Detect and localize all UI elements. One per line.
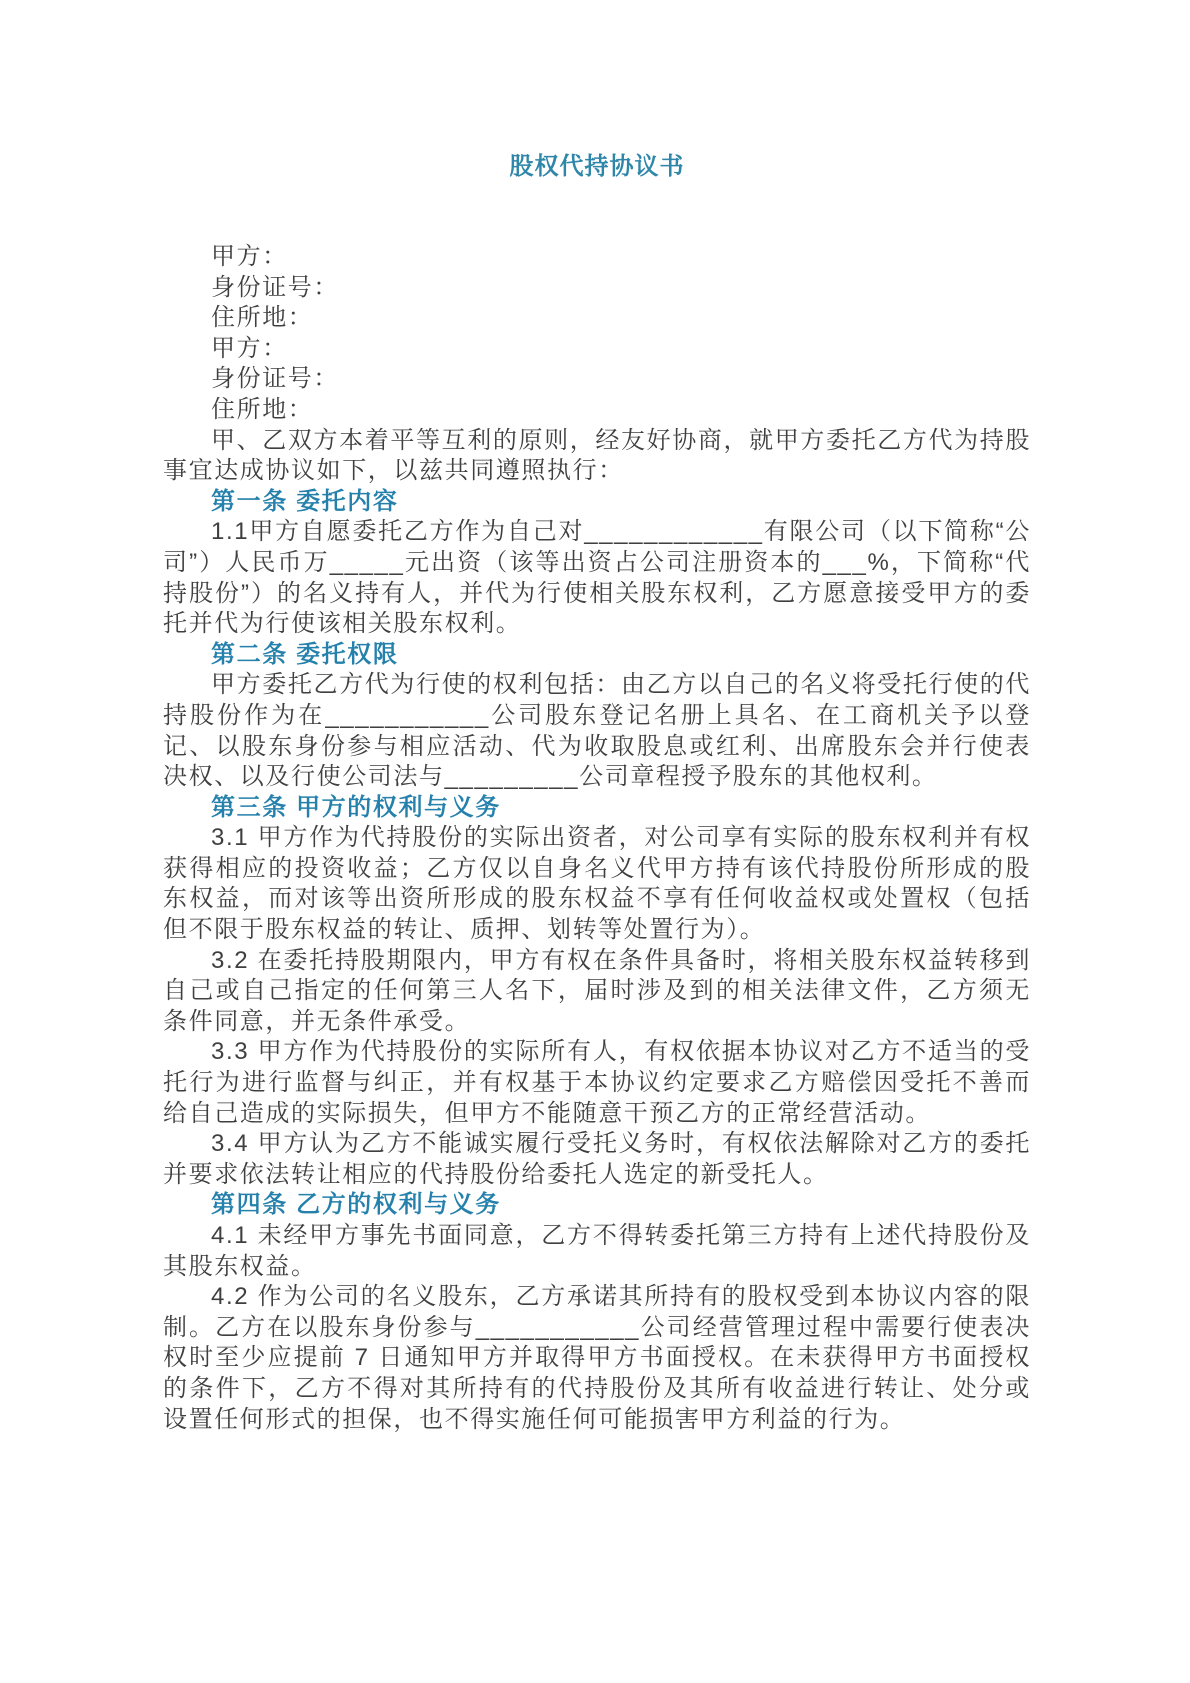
party-field-line: 甲方： — [163, 242, 1031, 273]
party-block: 甲方：身份证号：住所地：甲方：身份证号：住所地： — [163, 242, 1031, 426]
clause-paragraph: 3.1 甲方作为代持股份的实际出资者，对公司享有实际的股东权利并有权获得相应的投… — [163, 823, 1031, 945]
clause-paragraph: 3.4 甲方认为乙方不能诚实履行受托义务时，有权依法解除对乙方的委托并要求依法转… — [163, 1129, 1031, 1190]
party-field-line: 身份证号： — [163, 273, 1031, 304]
party-field-line: 甲方： — [163, 334, 1031, 365]
clause-paragraph: 3.3 甲方作为代持股份的实际所有人，有权依据本协议对乙方不适当的受托行为进行监… — [163, 1037, 1031, 1129]
clause-paragraph: 1.1甲方自愿委托乙方作为自己对____________有限公司（以下简称“公司… — [163, 517, 1031, 639]
section-heading: 第一条 委托内容 — [163, 487, 1031, 518]
document-content: 股权代持协议书 甲方：身份证号：住所地：甲方：身份证号：住所地： 甲、乙双方本着… — [163, 150, 1031, 1435]
clause-paragraph: 甲方委托乙方代为行使的权利包括：由乙方以自己的名义将受托行使的代持股份作为在__… — [163, 670, 1031, 792]
document-title: 股权代持协议书 — [163, 150, 1031, 184]
clause-paragraph: 4.1 未经甲方事先书面同意，乙方不得转委托第三方持有上述代持股份及其股东权益。 — [163, 1221, 1031, 1282]
party-field-line: 住所地： — [163, 395, 1031, 426]
party-field-line: 住所地： — [163, 303, 1031, 334]
document-page: 股权代持协议书 甲方：身份证号：住所地：甲方：身份证号：住所地： 甲、乙双方本着… — [0, 0, 1190, 1683]
section-heading: 第三条 甲方的权利与义务 — [163, 793, 1031, 824]
section-heading: 第四条 乙方的权利与义务 — [163, 1190, 1031, 1221]
intro-paragraph: 甲、乙双方本着平等互利的原则，经友好协商，就甲方委托乙方代为持股事宜达成协议如下… — [163, 426, 1031, 487]
clause-paragraph: 4.2 作为公司的名义股东，乙方承诺其所持有的股权受到本协议内容的限制。乙方在以… — [163, 1282, 1031, 1435]
party-field-line: 身份证号： — [163, 364, 1031, 395]
clause-paragraph: 3.2 在委托持股期限内，甲方有权在条件具备时，将相关股东权益转移到自己或自己指… — [163, 946, 1031, 1038]
section-heading: 第二条 委托权限 — [163, 640, 1031, 671]
sections: 第一条 委托内容1.1甲方自愿委托乙方作为自己对____________有限公司… — [163, 487, 1031, 1435]
